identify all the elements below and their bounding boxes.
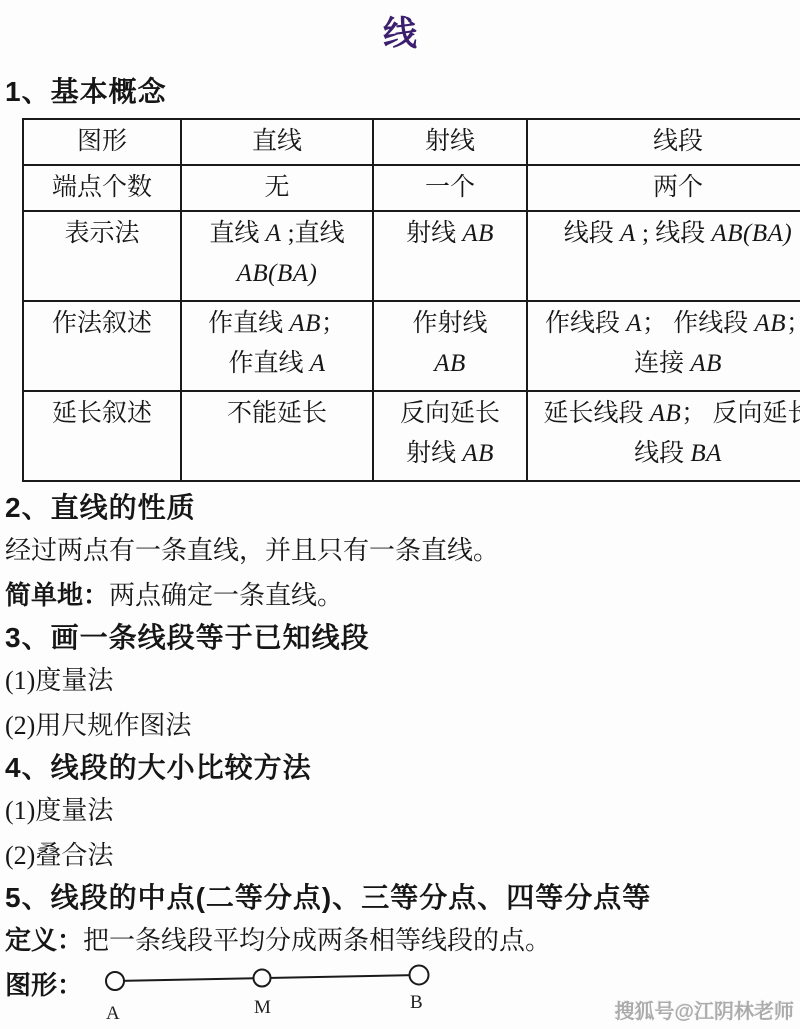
cell-line-notation: 直线 A ;直线 AB(BA): [181, 211, 373, 301]
cell-ray-construction: 作射线 AB: [373, 301, 527, 391]
cell-line-endpoints: 无: [181, 165, 373, 211]
heading-draw-segment: 3、画一条线段等于已知线段: [5, 618, 800, 658]
draw-segment-item-1: (1)度量法: [5, 658, 800, 703]
cell-line-construction: 作直线 AB； 作直线 A: [181, 301, 373, 391]
cell-line-extension: 不能延长: [181, 391, 373, 481]
point-m-circle: [254, 970, 271, 987]
table-row-construction: 作法叙述 作直线 AB； 作直线 A 作射线 AB 作线段 A； 作线段 AB；…: [23, 301, 800, 391]
table-row-notation: 表示法 直线 A ;直线 AB(BA) 射线 AB 线段 A ; 线段 AB(B…: [23, 211, 800, 301]
notation-line-1: 直线 A ;直线: [187, 214, 367, 254]
heading-basic-concepts: 1、基本概念: [5, 72, 800, 112]
line-properties-text: 经过两点有一条直线，并且只有一条直线。: [5, 528, 800, 573]
row-label: 作法叙述: [23, 301, 181, 391]
table-header-row: 图形 直线 射线 线段: [23, 119, 800, 165]
table-row-endpoints: 端点个数 无 一个 两个: [23, 165, 800, 211]
point-b-circle: [410, 966, 429, 985]
cell-ray-endpoints: 一个: [373, 165, 527, 211]
construction-line-1: 作直线 AB；: [187, 304, 367, 344]
header-line: 直线: [181, 119, 373, 165]
heading-line-properties: 2、直线的性质: [5, 488, 800, 528]
row-label: 延长叙述: [23, 391, 181, 481]
cell-segment-extension: 延长线段 AB； 反向延长线段 BA: [527, 391, 800, 481]
point-a-label: A: [106, 1003, 120, 1024]
draw-segment-item-2: (2)用尺规作图法: [5, 703, 800, 748]
line-properties-simple: 简单地：两点确定一条直线。: [5, 573, 800, 618]
cell-segment-notation: 线段 A ; 线段 AB(BA): [527, 211, 800, 301]
construction-line-2: 作直线 A: [187, 344, 367, 384]
header-figure: 图形: [23, 119, 181, 165]
row-label: 表示法: [23, 211, 181, 301]
point-m-label: M: [254, 997, 271, 1018]
page-title: 线: [0, 0, 800, 58]
header-ray: 射线: [373, 119, 527, 165]
cell-ray-extension: 反向延长 射线 AB: [373, 391, 527, 481]
watermark: 搜狐号@江阴林老师: [614, 995, 794, 1024]
segment-midpoint-diagram: A M B: [80, 948, 540, 1028]
point-a-circle: [106, 972, 124, 990]
notation-line-2: AB(BA): [187, 254, 367, 294]
heading-midpoint: 5、线段的中点(二等分点)、三等分点、四等分点等: [5, 878, 800, 918]
concepts-table: 图形 直线 射线 线段 端点个数 无 一个 两个 表示法 直线 A ;直线 AB…: [22, 118, 800, 482]
compare-item-2: (2)叠合法: [5, 833, 800, 878]
row-label: 端点个数: [23, 165, 181, 211]
cell-segment-construction: 作线段 A； 作线段 AB； 连接 AB: [527, 301, 800, 391]
cell-segment-endpoints: 两个: [527, 165, 800, 211]
cell-ray-notation: 射线 AB: [373, 211, 527, 301]
table-row-extension: 延长叙述 不能延长 反向延长 射线 AB 延长线段 AB； 反向延长线段 BA: [23, 391, 800, 481]
compare-item-1: (1)度量法: [5, 788, 800, 833]
heading-compare-segments: 4、线段的大小比较方法: [5, 748, 800, 788]
header-segment: 线段: [527, 119, 800, 165]
point-b-label: B: [410, 992, 423, 1013]
